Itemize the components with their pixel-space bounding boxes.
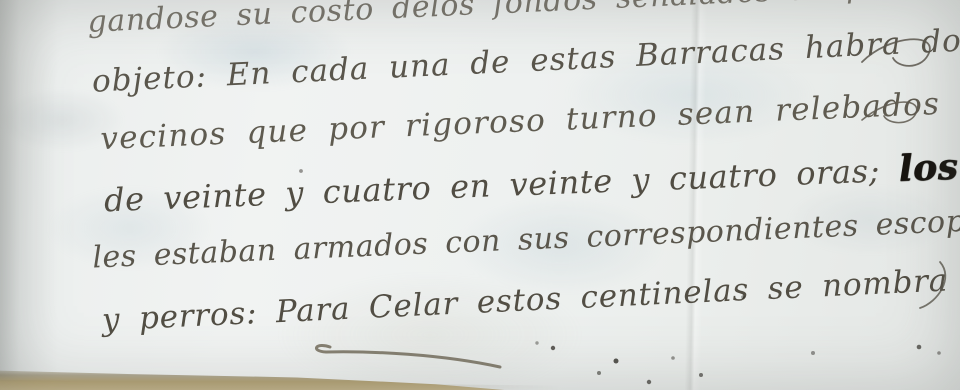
ink-specks [0,0,2,2]
manuscript-text: gandose su costo delos fondos señalados … [0,0,960,390]
manuscript-line: vecinos que por rigoroso turno sean rele… [100,86,941,157]
manuscript-photo: gandose su costo delos fondos señalados … [0,0,960,390]
manuscript-text-segment: de veinte y cuatro en veinte y cuatro or… [103,151,899,220]
manuscript-text-segment-bold-ink: los [898,146,959,190]
manuscript-line: y perros: Para Celar estos centinelas se… [101,263,949,339]
manuscript-text-segment: vecinos que por rigoroso turno sean rele… [100,86,941,157]
manuscript-text-segment: y perros: Para Celar estos centinelas se… [101,263,949,339]
